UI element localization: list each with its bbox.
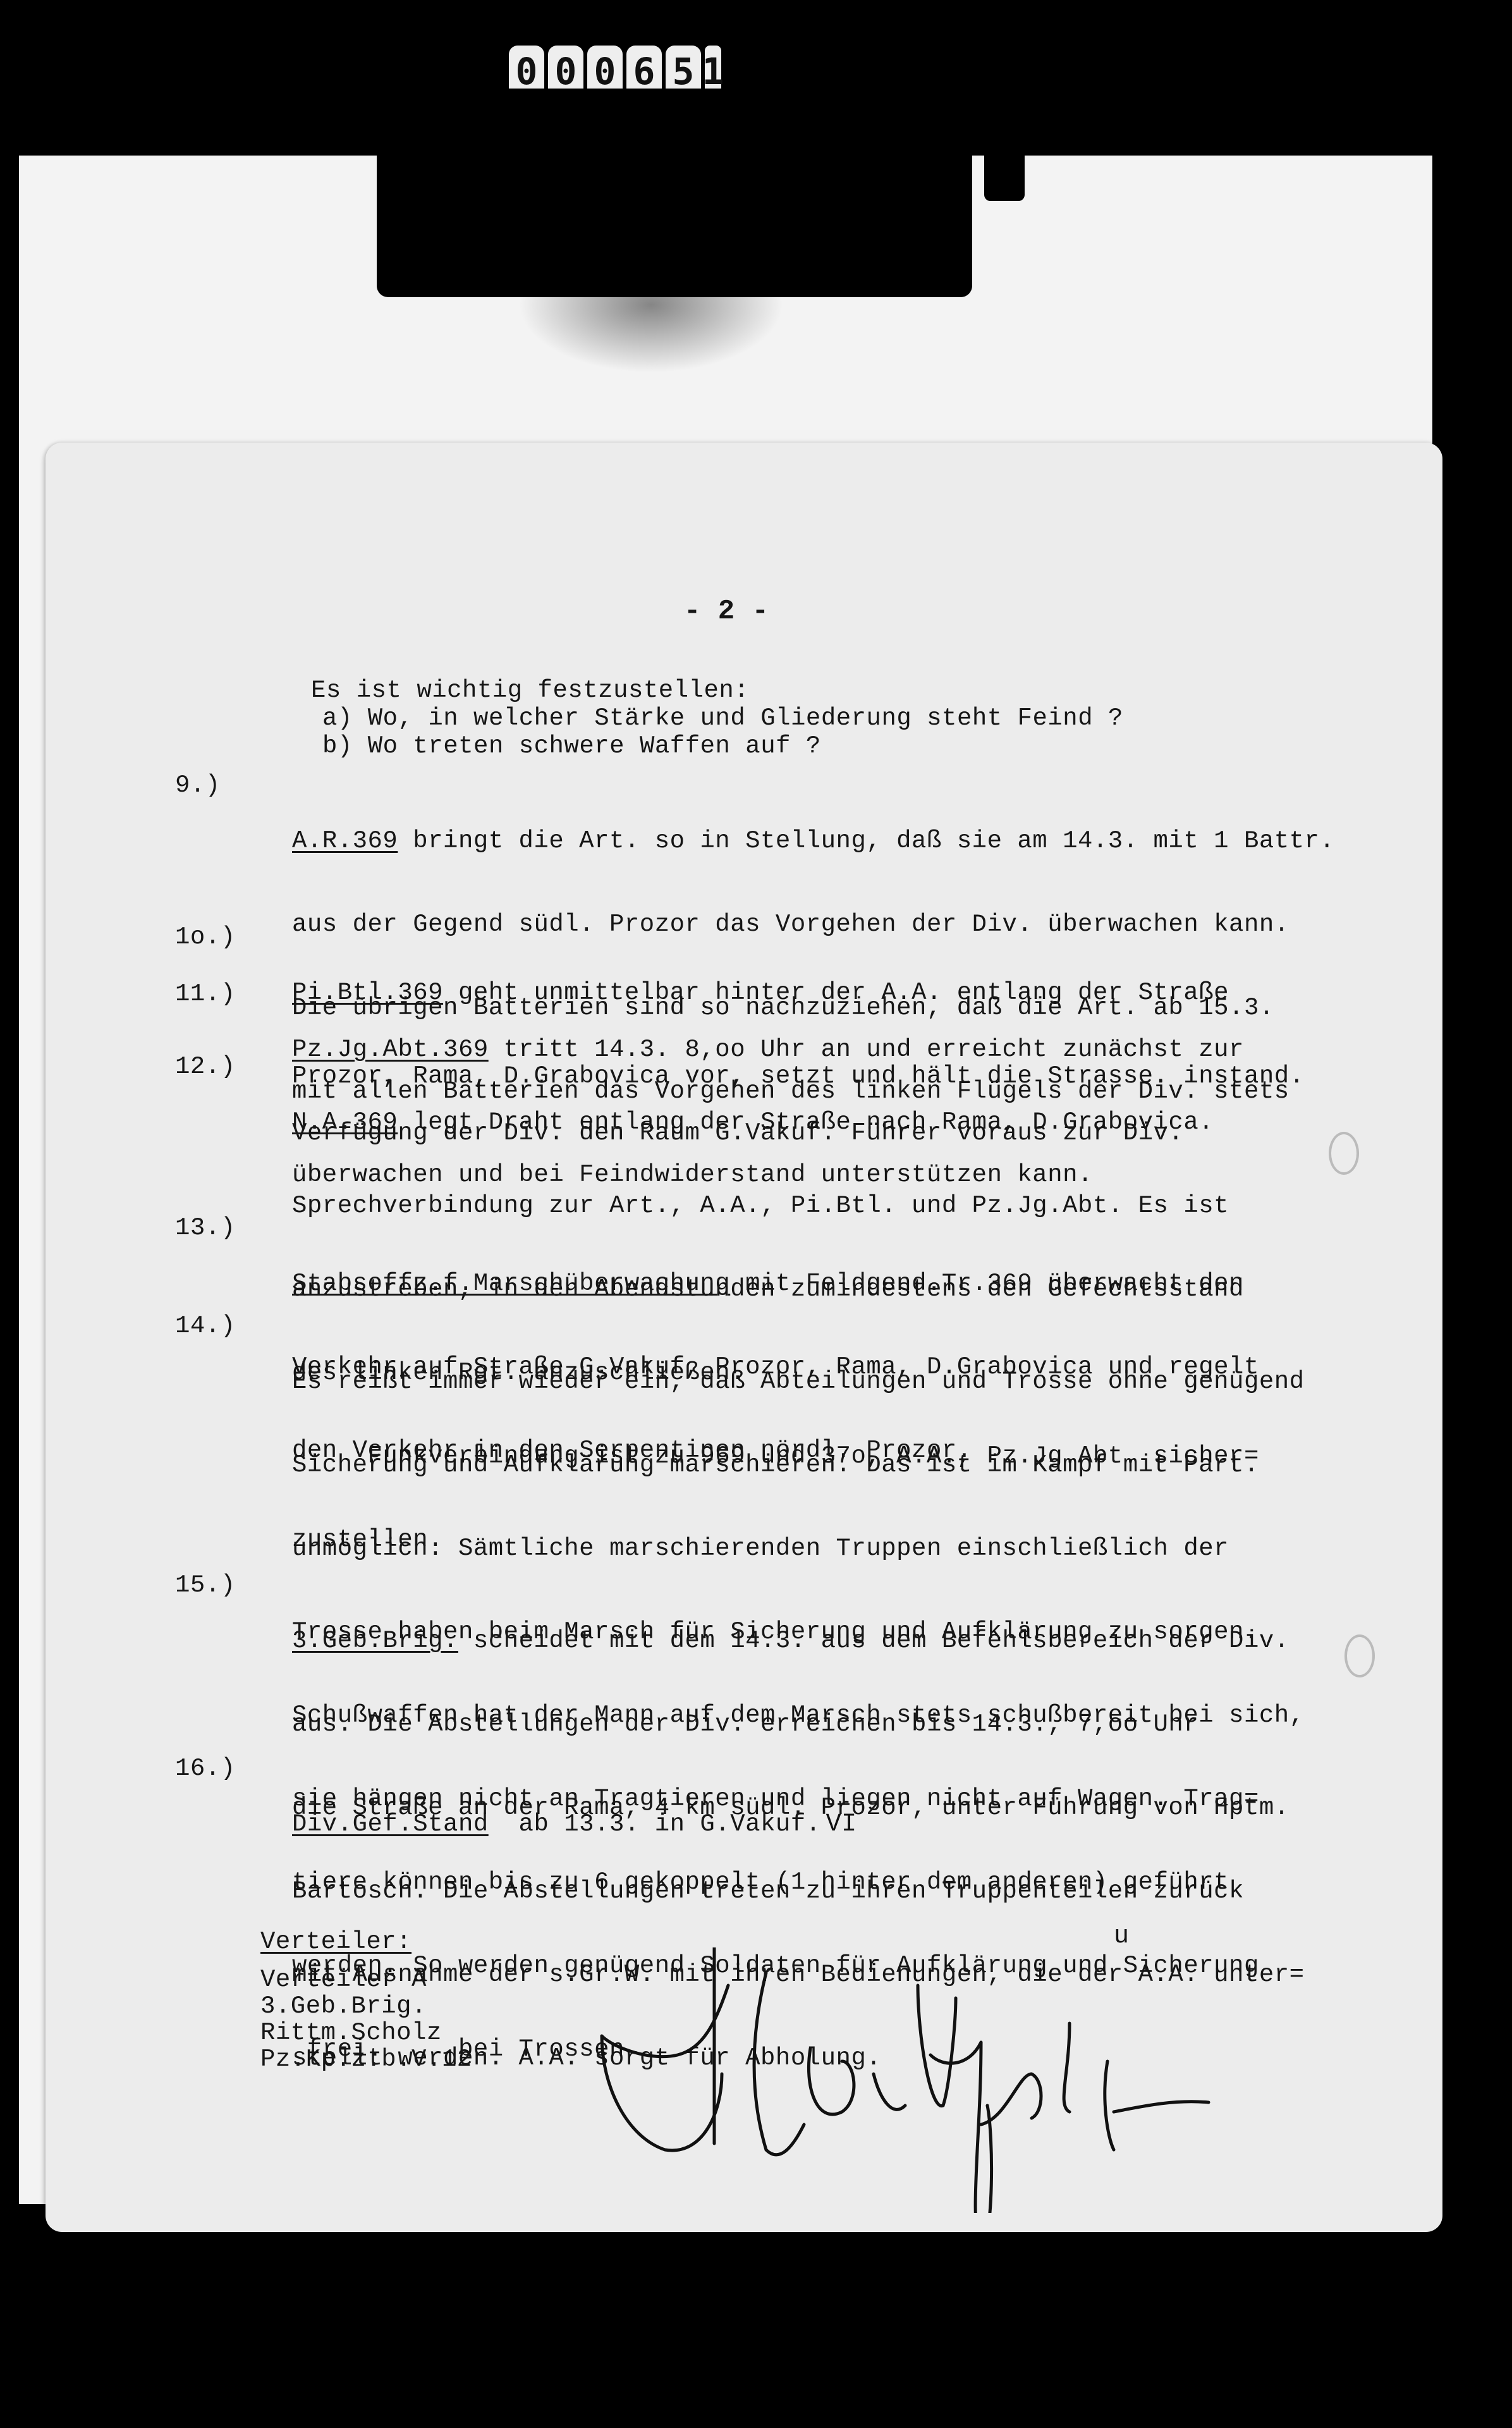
item-unit: A.R.369 [292, 827, 398, 855]
margin-mark: u [1114, 1922, 1129, 1951]
item-line: Sicherung und Aufklärung marschieren. Da… [292, 1451, 1305, 1479]
item-line: scheidet mit dem 14.3. aus dem Befehlsbe… [458, 1627, 1289, 1655]
item-unit: Div.Gef.Stand [292, 1810, 489, 1838]
distribution-entry: Verteiler A [260, 1966, 472, 1993]
intro-question: a) Wo, in welcher Stärke und Gliederung … [311, 704, 1123, 732]
item-number: 16.) [175, 1755, 292, 1894]
item-line: mit Feldgend.Tr.369 überwacht den [730, 1270, 1244, 1297]
item-unit: Stabsoffz.f.Marschüberwachung [292, 1270, 730, 1297]
intro-block: Es ist wichtig festzustellen: a) Wo, in … [311, 677, 1123, 760]
item-unit: N.A.369 [292, 1108, 398, 1136]
handwritten-mark: VI [826, 1810, 857, 1839]
microfilm-clip [377, 89, 972, 297]
item-line: ab 13.3. in G.Vakuf. [489, 1810, 821, 1838]
punch-hole-ring [1329, 1132, 1359, 1175]
distribution-heading: Verteiler: [260, 1928, 472, 1955]
page-number: - 2 - [684, 598, 769, 625]
document-page: - 2 - Es ist wichtig festzustellen: a) W… [46, 443, 1442, 2232]
item-line: legt Draht entlang der Straße nach Rama,… [398, 1108, 1214, 1136]
order-item-16: 16.) Div.Gef.Stand ab 13.3. in G.Vakuf.V… [175, 1755, 857, 1894]
microfilm-clip-tab [984, 126, 1025, 201]
item-line: bringt die Art. so in Stellung, daß sie … [398, 827, 1334, 855]
item-line: Es reißt immer wieder ein, daß Abteilung… [292, 1368, 1305, 1395]
punch-hole-ring [1344, 1634, 1375, 1677]
intro-question: b) Wo treten schwere Waffen auf ? [311, 732, 1123, 760]
clip-shadow [518, 297, 784, 373]
handwritten-signature [576, 1947, 1461, 2213]
item-line: aus. Die Abstellungen der Div. erreichen… [292, 1710, 1305, 1738]
distribution-entry: Rittm.Scholz [260, 2020, 472, 2046]
distribution-entry: Pz.Kp.z.b.V.12 [260, 2046, 472, 2073]
distribution-list: Verteiler: Verteiler A 3.Geb.Brig. Rittm… [260, 1928, 472, 2073]
item-unit: 3.Geb.Brig. [292, 1627, 458, 1655]
intro-lead: Es ist wichtig festzustellen: [311, 677, 1123, 704]
distribution-entry: 3.Geb.Brig. [260, 1993, 472, 2020]
item-line: unmöglich. Sämtliche marschierenden Trup… [292, 1535, 1305, 1562]
